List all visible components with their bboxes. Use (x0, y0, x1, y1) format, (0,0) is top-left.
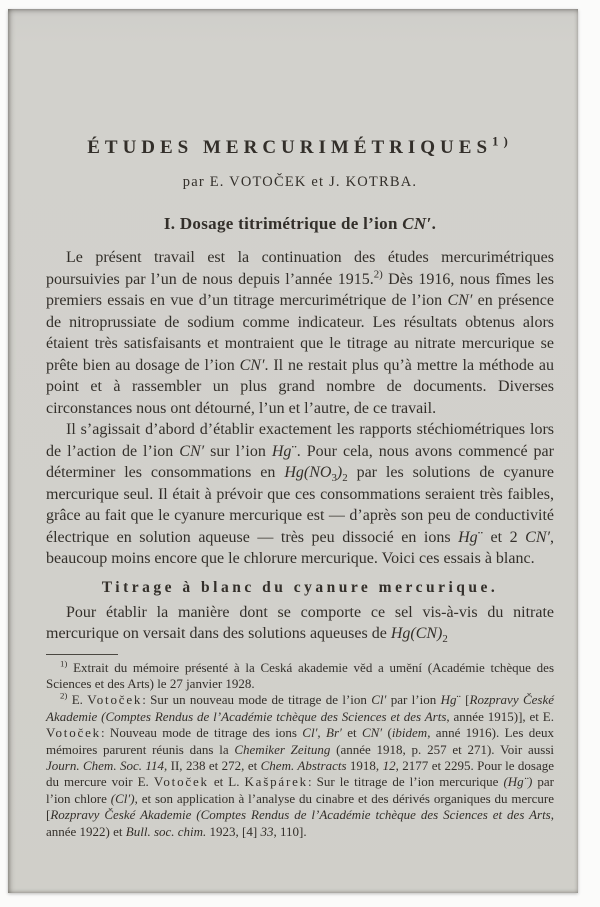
paragraph-3: Pour établir la manière dont se comporte… (46, 602, 554, 645)
footnote-2: 2) E. Votoček: Sur un nouveau mode de ti… (46, 692, 554, 840)
scanned-paper-page: ÉTUDES MERCURIMÉTRIQUES1) par E. VOTOČEK… (8, 9, 578, 893)
page-content: ÉTUDES MERCURIMÉTRIQUES1) par E. VOTOČEK… (8, 9, 578, 840)
section-heading: I. Dosage titrimétrique de l’ion CN′. (46, 214, 554, 234)
paragraph-1: Le présent travail est la continuation d… (46, 247, 554, 419)
byline: par E. VOTOČEK et J. KOTRBA. (46, 174, 554, 191)
footnote-1: 1) Extrait du mémoire présenté à la Cesk… (46, 660, 554, 693)
paragraph-2: Il s’agissait d’abord d’établir exacteme… (46, 419, 554, 570)
footnote-divider (46, 654, 118, 655)
subheading: Titrage à blanc du cyanure mercurique. (46, 579, 554, 597)
paper-title: ÉTUDES MERCURIMÉTRIQUES1) (46, 137, 554, 159)
